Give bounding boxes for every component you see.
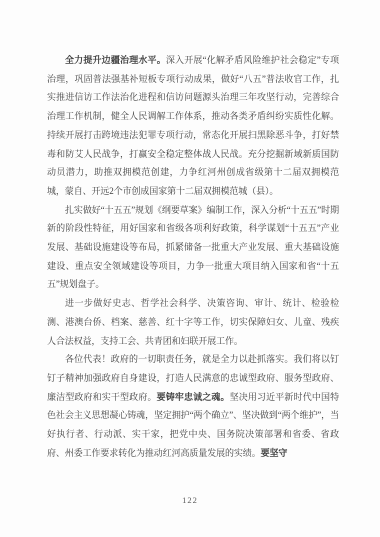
document-page: 全力提升边疆治理水平。深入开展“化解矛盾风险维护社会稳定”专项治理，巩固普法强基… — [0, 0, 380, 537]
page-number: 122 — [0, 495, 380, 505]
paragraph: 全力提升边疆治理水平。深入开展“化解矛盾风险维护社会稳定”专项治理，巩固普法强基… — [47, 51, 339, 201]
paragraph: 扎实做好“十五五”规划《纲要草案》编制工作，深入分析“十五五”时期新的阶段性特征… — [47, 201, 339, 295]
text-segment: 全力提升边疆治理水平。 — [65, 55, 166, 65]
text-segment: 进一步做好史志、哲学社会科学、决策咨询、审计、统计、检验检测、港澳台侨、档案、慈… — [47, 298, 339, 345]
text-segment: 要坚守 — [261, 448, 288, 458]
paragraph: 各位代表！政府的一切职责任务，就是全力以赴抓落实。我们将以钉钉子精神加强政府自身… — [47, 350, 339, 462]
text-segment: 要铸牢忠诚之魂。 — [157, 392, 230, 402]
text-segment: 深入开展“化解矛盾风险维护社会稳定”专项治理，巩固普法强基补短板专项行动成果，做… — [47, 55, 339, 196]
text-segment: 扎实做好“十五五”规划《纲要草案》编制工作，深入分析“十五五”时期新的阶段性特征… — [47, 205, 339, 290]
paragraph: 进一步做好史志、哲学社会科学、决策咨询、审计、统计、检验检测、港澳台侨、档案、慈… — [47, 294, 339, 350]
document-body: 全力提升边疆治理水平。深入开展“化解矛盾风险维护社会稳定”专项治理，巩固普法强基… — [47, 51, 339, 462]
